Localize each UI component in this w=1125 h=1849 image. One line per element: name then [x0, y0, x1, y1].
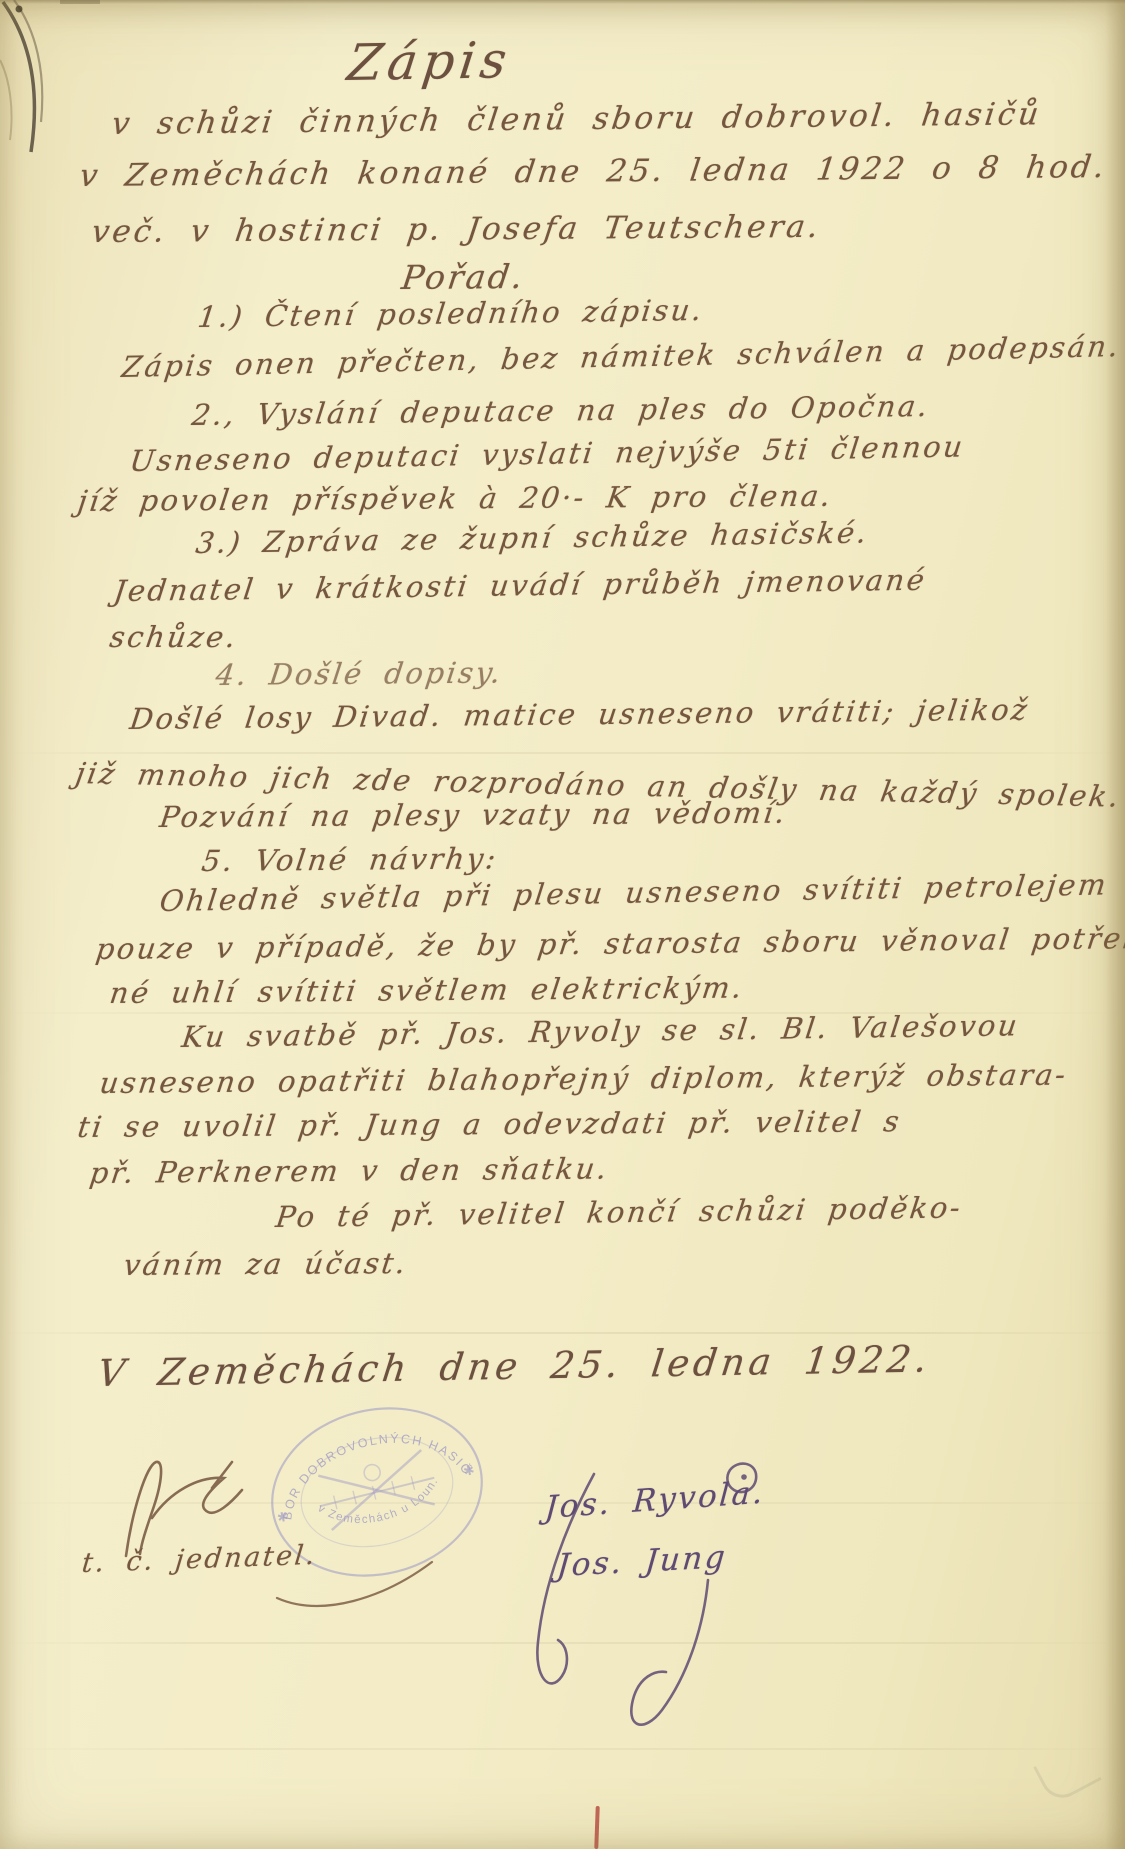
document-page: Zápis v schůzi činných členů sboru dobro… — [0, 0, 1125, 1849]
agenda-item-2: 2., Vyslání deputace na ples do Opočna. — [190, 389, 932, 432]
signature-jos-jung: Jos. Jung — [555, 1539, 728, 1584]
page-top-edge-shadow — [0, 0, 1125, 4]
body-line-2b: jíž povolen příspěvek à 20·- K pro člena… — [76, 479, 835, 518]
intro-line-3: več. v hostinci p. Josefa Teutschera. — [90, 209, 824, 250]
body-line-1a: Zápis onen přečten, bez námitek schválen… — [120, 329, 1122, 384]
body-line-5d: Ku svatbě př. Jos. Ryvoly se sl. Bl. Val… — [180, 1008, 1022, 1054]
body-line-5b: pouze v případě, že by př. starosta sbor… — [94, 921, 1125, 966]
body-line-5e: usneseno opatřiti blahopřejný diplom, kt… — [98, 1058, 1070, 1100]
signature-jos-ryvola: Jos. Ryvola. — [544, 1474, 766, 1526]
body-line-5g: př. Perknerem v den sňatku. — [88, 1151, 611, 1190]
document-title: Zápis — [344, 31, 514, 92]
body-line-5h: Po té př. velitel končí schůzi poděko- — [274, 1190, 965, 1234]
body-line-5i: váním za účast. — [122, 1246, 410, 1282]
red-registrar-mark — [594, 1806, 599, 1849]
agenda-item-5: 5. Volné návrhy: — [200, 841, 500, 878]
smudge-mark — [1033, 1742, 1102, 1806]
agenda-item-3: 3.) Zpráva ze župní schůze hasičské. — [194, 515, 871, 560]
paper-crease — [0, 1748, 1125, 1750]
agenda-item-4: 4. Došlé dopisy. — [214, 655, 505, 692]
body-line-5c: né uhlí svítiti světlem elektrickým. — [108, 970, 746, 1010]
intro-line-1: v schůzi činných členů sboru dobrovol. h… — [110, 96, 1044, 142]
paper-crease — [0, 1642, 1125, 1644]
agenda-item-1: 1.) Čtení posledního zápisu. — [196, 293, 706, 334]
paper-crease — [0, 1332, 1125, 1334]
intro-line-2: v Zeměchách konané dne 25. ledna 1922 o … — [78, 149, 1110, 194]
stamp-star-right-icon: ✱ — [462, 1462, 476, 1479]
agenda-heading: Pořad. — [399, 257, 527, 297]
paper-crease — [0, 752, 1125, 754]
body-line-4a: Došlé losy Divad. matice usneseno vrátit… — [128, 693, 1032, 736]
date-line: V Zeměchách dne 25. ledna 1922. — [95, 1337, 933, 1395]
body-line-5f: ti se uvolil př. Jung a odevzdati př. ve… — [76, 1104, 904, 1144]
fire-brigade-stamp: SBOR DOBROVOLNÝCH HASIČŮ v Zeměchách u L… — [244, 1377, 511, 1607]
body-line-3a: Jednatel v krátkosti uvádí průběh jmenov… — [112, 563, 929, 608]
body-line-2a: Usneseno deputaci vyslati nejvýše 5ti čl… — [128, 429, 967, 478]
body-line-4c: Pozvání na plesy vzaty na vědomí. — [158, 796, 790, 834]
body-line-3b: schůze. — [108, 620, 240, 654]
